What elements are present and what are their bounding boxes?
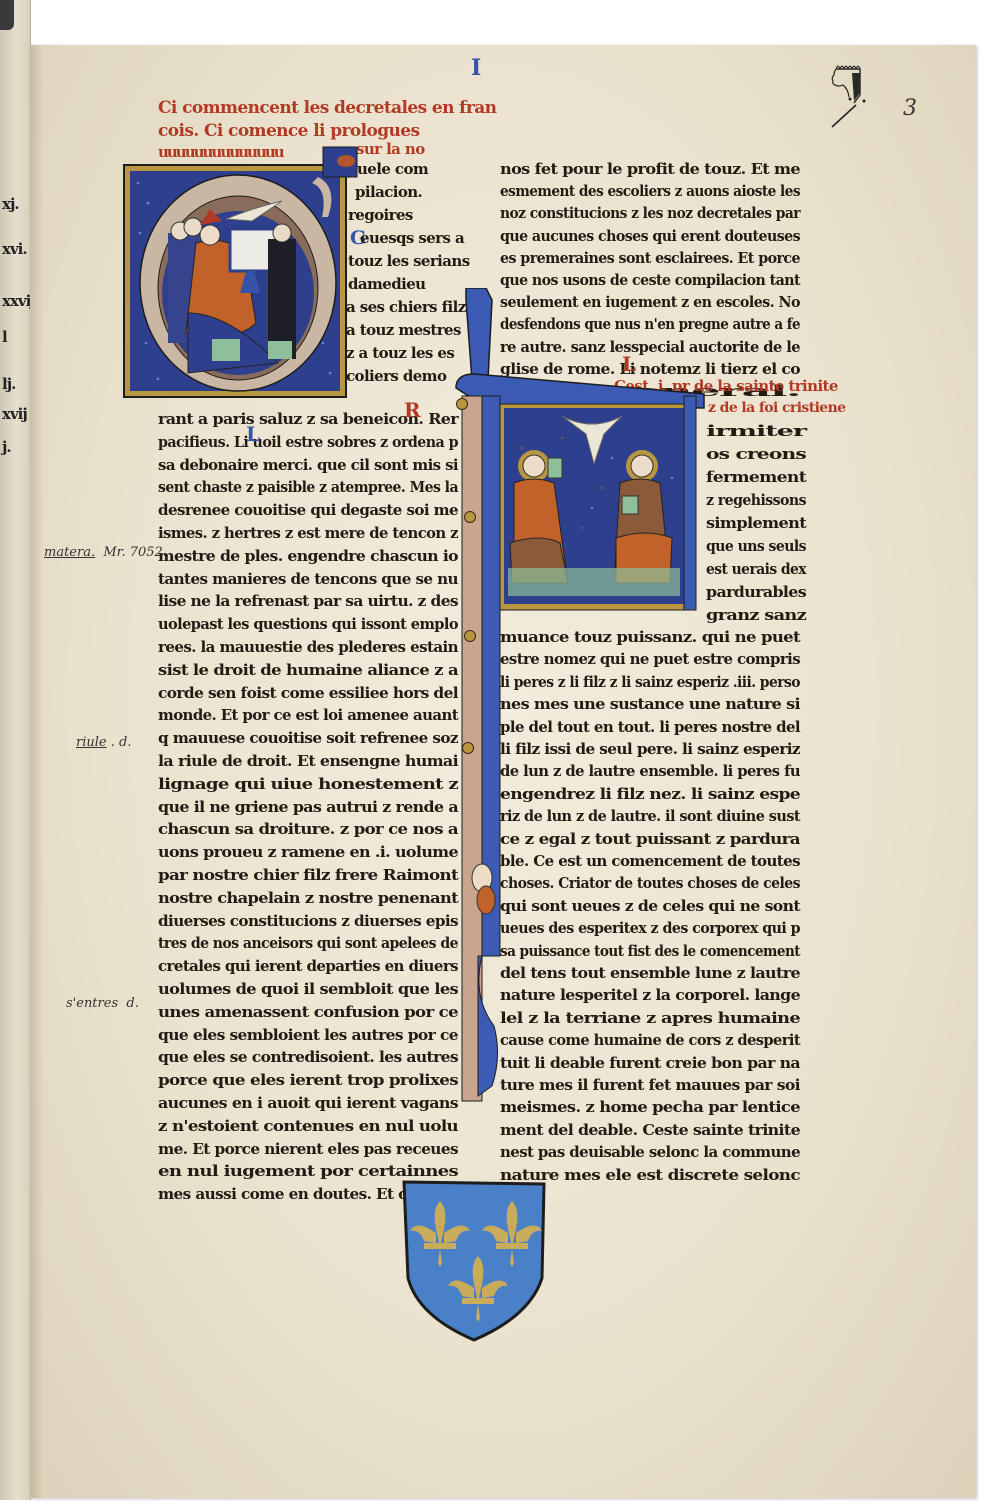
text-line: muance touz puissanz. qui ne puet — [500, 628, 800, 646]
text-line: chascun sa droiture. z por ce nos a — [158, 820, 458, 838]
text-line: ueues des esperitex z des corporex qui p — [500, 919, 800, 937]
text-line: qui sont ueues z de celes qui ne sont — [500, 897, 800, 915]
text-line: uele com — [357, 160, 428, 178]
text-line: nature lesperitel z la corporel. lange — [500, 986, 800, 1004]
coat-of-arms-icon — [400, 1178, 548, 1343]
text-line: unes amenassent confusion por ce — [158, 1003, 458, 1021]
text-line: nostre chapelain z nostre penenant — [158, 889, 458, 907]
running-head: I — [471, 55, 481, 81]
previous-page-fragment: xvi. — [2, 240, 27, 258]
text-line: nes mes une sustance une nature si — [500, 695, 800, 713]
text-line: granz sanz — [706, 606, 806, 624]
text-line: rees. la mauuestie des plederes estain — [158, 638, 458, 656]
small-initial-l: L — [246, 422, 259, 446]
gold-boss — [456, 398, 468, 410]
text-line: sa puissance tout fist des le comencemen… — [500, 942, 800, 960]
text-line: que uns seuls — [706, 537, 806, 555]
text-line: ismes. z hertres z est mere de tencon z — [158, 524, 458, 542]
text-line: a touz mestres — [346, 321, 461, 339]
text-line: lise ne la refrenast par sa uirtu. z des — [158, 592, 458, 610]
text-line: que eles se contredisoient. les autres — [158, 1048, 458, 1066]
text-line: meismes. z home pecha par lentice — [500, 1098, 800, 1116]
text-line: pacifieus. Li uoil estre sobres z ordena… — [158, 433, 458, 451]
text-line: noz constitucions z les noz decretales p… — [500, 204, 800, 222]
historiated-initial-g — [118, 143, 360, 401]
text-line: tantes manieres de tencons que se nu — [158, 570, 458, 588]
previous-page-fragment: j. — [2, 438, 11, 456]
small-initial-r: R — [404, 398, 420, 422]
rubric-line: Ci commencent les decretales en fran — [158, 98, 496, 118]
previous-page-fragment: xvij — [2, 405, 27, 423]
text-line: choses. Criator de toutes choses de cele… — [500, 874, 800, 892]
text-line: li peres z li filz z li sainz esperiz .i… — [500, 673, 800, 691]
text-line: pardurables — [706, 583, 806, 601]
previous-page-fragment: xj. — [2, 195, 19, 213]
text-line: cause come humaine de cors z desperit — [500, 1031, 800, 1049]
text-line: monde. Et por ce est loi amenee auant — [158, 706, 458, 724]
text-line: fermement — [706, 468, 806, 486]
text-line: pilacion. — [355, 183, 422, 201]
text-line: la riule de droit. Et ensengne humai — [158, 752, 458, 770]
marginal-note: s'entres d. — [66, 996, 139, 1011]
text-line: par nostre chier filz frere Raimont — [158, 866, 458, 884]
text-line: sa debonaire merci. que cil sont mis si — [158, 456, 458, 474]
text-line: touz les serians — [348, 252, 470, 270]
text-line: est uerais dex — [706, 560, 806, 578]
previous-page-edge — [0, 0, 31, 1500]
rubric-line: cois. Ci comence li prologues — [158, 121, 419, 141]
binding-strip — [0, 0, 14, 30]
text-line: damedieu — [348, 275, 425, 293]
text-line: porce que eles ierent trop prolixes — [158, 1071, 458, 1089]
rubric-line: sur la no — [356, 140, 425, 158]
text-line: desrenee couoitise qui degaste soi me — [158, 501, 458, 519]
text-line: ple del tout en tout. li peres nostre de… — [500, 718, 800, 736]
text-line: cretales qui ierent departies en diuers — [158, 957, 458, 975]
marginal-note: matera. Mr. 7052. — [44, 545, 167, 560]
gutter-shadow — [30, 45, 44, 1498]
text-line: z a touz les es — [346, 344, 454, 362]
text-line: riz de lun z de lautre. il sont diuine s… — [500, 807, 800, 825]
text-line: corde sen foist come essiliee hors del — [158, 684, 458, 702]
text-line: q mauuese couoitise soit refrenee soz — [158, 729, 458, 747]
text-line: uolumes de quoi il sembloit que les — [158, 980, 458, 998]
gold-boss — [462, 742, 474, 754]
text-line: estre nomez qui ne puet estre compris — [500, 650, 800, 668]
text-line: irmiter — [706, 422, 806, 440]
text-line: ment del deable. Ceste sainte trinite — [500, 1121, 800, 1139]
text-line: aucunes en i auoit qui ierent vagans — [158, 1094, 458, 1112]
text-line: nest pas deuisable selonc la commune — [500, 1143, 800, 1161]
gold-boss — [464, 630, 476, 642]
text-line: lel z la terriane z apres humaine — [500, 1009, 800, 1027]
text-line: mestre de ples. engendre chascun io — [158, 547, 458, 565]
text-line: euesqs sers a — [360, 229, 464, 247]
text-line: simplement — [706, 514, 806, 532]
text-line: de lun z de lautre ensemble. li peres fu — [500, 762, 800, 780]
text-line: ture mes il furent fet mauues par soi — [500, 1076, 800, 1094]
text-line: uolepast les questions qui issont emplo — [158, 615, 458, 633]
previous-page-fragment: l — [2, 328, 7, 346]
text-line: es premeraines sont esclairees. Et porce — [500, 249, 800, 267]
text-line: ble. Ce est un comencement de toutes — [500, 852, 800, 870]
text-line: z n'estoient contenues en nul uolu — [158, 1117, 458, 1135]
text-line: lignage qui uiue honestement z — [158, 775, 458, 793]
text-line: sist le droit de humaine aliance z a — [158, 661, 458, 679]
text-line: ce z egal z tout puissant z pardura — [500, 830, 800, 848]
text-line: coliers demo — [346, 367, 446, 385]
text-line: que il ne griene pas autrui z rende a — [158, 798, 458, 816]
rubric-line: z de la foi cristiene — [708, 400, 846, 416]
quire-mark-icon — [826, 65, 868, 131]
text-line: del tens tout ensemble lune z lautre — [500, 964, 800, 982]
text-line: diuerses constitucions z diuerses epis — [158, 912, 458, 930]
text-line: tres de nos anceisors qui sont apelees d… — [158, 934, 458, 952]
gold-boss — [464, 511, 476, 523]
text-line: os creons — [706, 445, 806, 463]
folio-number: 3 — [903, 96, 917, 121]
text-line: z regehissons — [706, 491, 806, 509]
text-line: sent chaste z paisible z atempree. Mes l… — [158, 478, 458, 496]
text-line: que eles sembloient les autres por ce — [158, 1026, 458, 1044]
text-line: uons proueu z ramene en .i. uolume — [158, 843, 458, 861]
text-line: a ses chiers filz — [346, 298, 466, 316]
text-line: nos fet pour le profit de touz. Et me — [500, 160, 800, 178]
text-line: me. Et porce nierent eles pas receues — [158, 1140, 458, 1158]
text-line: que aucunes choses qui erent douteuses — [500, 227, 800, 245]
text-line: engendrez li filz nez. li sainz espe — [500, 785, 800, 803]
text-line: tuit li deable furent creie bon par na — [500, 1054, 800, 1072]
previous-page-fragment: lj. — [2, 375, 15, 393]
text-line: que nos usons de ceste compilacion tant — [500, 271, 800, 289]
marginal-note: riule . d. — [76, 735, 131, 750]
text-line: esmement des escoliers z auons aioste le… — [500, 182, 800, 200]
text-line: li filz issi de seul pere. li sainz espe… — [500, 740, 800, 758]
text-line: regoires — [348, 206, 413, 224]
